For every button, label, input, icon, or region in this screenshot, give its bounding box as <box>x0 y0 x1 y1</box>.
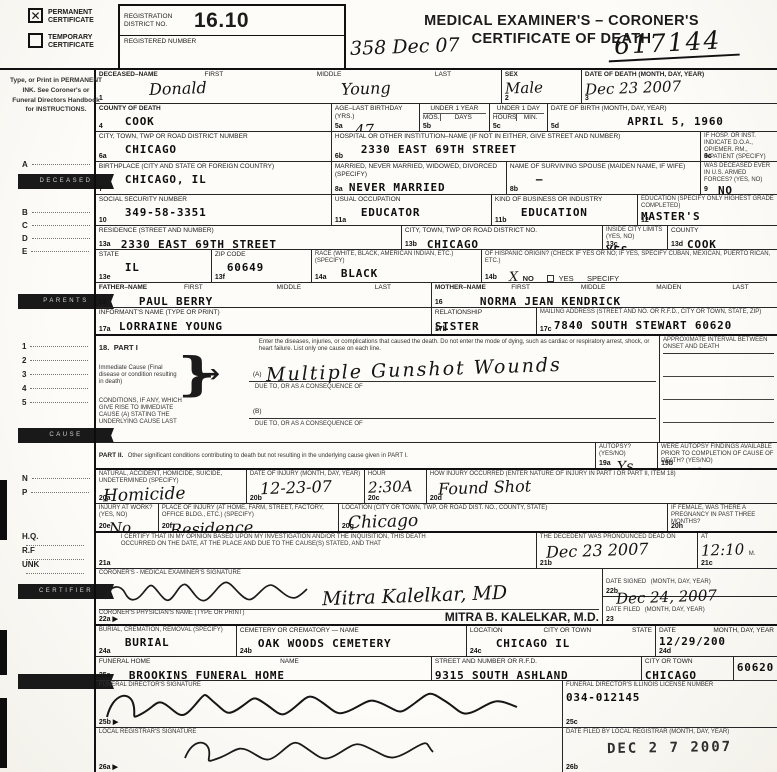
margin-number: 3 <box>22 370 88 379</box>
temporary-certificate-label: TEMPORARYCERTIFICATE <box>48 33 94 50</box>
age-value: 47 <box>355 120 375 131</box>
conditions-label: CONDITIONS, IF ANY, WHICH GIVE RISE TO I… <box>99 398 194 426</box>
funeral-director-signature-squiggle <box>99 689 529 725</box>
field-place-of-injury: PLACE OF INJURY (AT HOME, FARM, STREET, … <box>158 504 338 531</box>
deceased-first-name-value: Donald <box>149 78 207 99</box>
field-surviving-spouse: NAME OF SURVIVING SPOUSE (MAIDEN NAME, I… <box>506 162 700 194</box>
coroner-signature-squiggle <box>99 577 314 607</box>
field-inside-city-limits: INSIDE CITY LIMITS (YES, NO) YES 13c <box>602 226 667 249</box>
field-birthplace: BIRTHPLACE (CITY AND STATE OR FOREIGN CO… <box>96 162 331 194</box>
field-pregnancy: IF FEMALE, WAS THERE A PREGNANCY IN PAST… <box>667 504 777 531</box>
informant-value: LORRAINE YOUNG <box>119 320 223 333</box>
field-funeral-director-signature: FUNERAL DIRECTOR'S SIGNATURE 25b ▶ <box>96 681 562 727</box>
field-part2: PART II. Other significant conditions co… <box>96 443 595 468</box>
pronounced-hour-value: 12:10 <box>701 540 745 559</box>
field-relationship: RELATIONSHIP SISTER 17b <box>431 308 536 334</box>
field-injury-at-work: INJURY AT WORK? (YES, NO) No 20e <box>96 504 158 531</box>
field-cemetery: CEMETERY OR CREMATORY — NAME OAK WOODS C… <box>236 626 466 656</box>
coroner-signature-name: Mitra Kalelkar, MD <box>322 582 508 610</box>
field-residence-county: COUNTY COOK 13d <box>667 226 777 249</box>
residence-city-value: CHICAGO <box>427 238 479 249</box>
interval-column: APPROXIMATE INTERVAL BETWEEN ONSET AND D… <box>659 336 777 442</box>
margin-letter: N <box>22 474 90 483</box>
field-under-1-year: UNDER 1 YEAR MOS.DAYS 5b <box>419 104 489 131</box>
interval-label: APPROXIMATE INTERVAL BETWEEN ONSET AND D… <box>663 337 774 354</box>
field-hour-of-injury: HOUR 2:30A 20c <box>364 470 426 503</box>
disposition-value: BURIAL <box>125 636 233 649</box>
funeral-home-value: BROOKINS FUNERAL HOME <box>129 669 285 680</box>
field-education: EDUCATION (SPECIFY ONLY HIGHEST GRADE CO… <box>637 195 777 225</box>
field-funeral-home-street: STREET AND NUMBER OR R.F.D. 9315 SOUTH A… <box>431 657 641 680</box>
hispanic-yes-checkbox <box>547 275 554 282</box>
part2-text: Other significant conditions contributin… <box>128 453 408 459</box>
field-autopsy-findings: WERE AUTOPSY FINDINGS AVAILABLE PRIOR TO… <box>657 443 777 468</box>
registered-number-handwritten: 358 Dec 07 <box>350 34 460 60</box>
field-date-filed: DATE FILED (MONTH, DAY, YEAR) 23 <box>603 597 777 624</box>
field-sex: SEX Male 2 <box>501 70 581 103</box>
field-father-name: FATHER–NAME FIRSTMIDDLELAST PAUL BERRY 1… <box>96 283 431 307</box>
field-doa: IF HOSP. OR INST. INDICATE D.O.A., OP/EM… <box>700 132 777 161</box>
field-injury-location: LOCATION (CITY OR TOWN, TWP, OR ROAD DIS… <box>338 504 667 531</box>
field-label: DECEASED–NAME <box>99 71 158 79</box>
date-filed-stamp: DEC 2 7 2007 <box>607 739 732 757</box>
manner-value: Homicide <box>103 484 186 504</box>
mother-name-value: NORMA JEAN KENDRICK <box>480 295 621 307</box>
field-disposition: BURIAL, CREMATION, REMOVAL (SPECIFY) BUR… <box>96 626 236 656</box>
registration-district-value: 16.10 <box>194 9 249 33</box>
certificate-type-checkboxes: ✕ PERMANENTCERTIFICATE TEMPORARYCERTIFIC… <box>0 4 118 68</box>
field-race: RACE (WHITE, BLACK, AMERICAN INDIAN, ETC… <box>311 250 481 282</box>
pronounced-dead-value: Dec 23 2007 <box>546 539 649 562</box>
coroner-printed-name: MITRA B. KALELKAR, M.D. <box>445 610 599 624</box>
armed-forces-value: NO <box>718 184 774 194</box>
injury-at-work-value: No <box>109 519 132 532</box>
field-funeral-director-license: FUNERAL DIRECTOR'S ILLINOIS LICENSE NUMB… <box>562 681 777 727</box>
field-registrar-signature: LOCAL REGISTRAR'S SIGNATURE 26a ▶ <box>96 728 562 772</box>
sex-value: Male <box>505 78 544 97</box>
funeral-director-license-value: 034-012145 <box>566 691 774 704</box>
cemetery-value: OAK WOODS CEMETERY <box>258 637 463 650</box>
disposition-location-value: CHICAGO IL <box>496 637 652 650</box>
residence-street-value: 2330 EAST 69TH STREET <box>121 238 277 249</box>
field-occupation: USUAL OCCUPATION EDUCATOR 11a <box>331 195 491 225</box>
ssn-value: 349-58-3351 <box>125 206 328 219</box>
field-disposition-date: DATEMONTH, DAY, YEAR 12/29/200 24d <box>655 626 777 656</box>
disposition-date-value: 12/29/200 <box>659 635 774 648</box>
arrow-icon: ➔ <box>202 364 220 386</box>
funeral-home-zip-value: 60620 <box>737 661 774 674</box>
birthplace-value: CHICAGO, IL <box>125 173 328 186</box>
field-pronounced-dead: THE DECEDENT WAS PRONOUNCED DEAD ON Dec … <box>536 533 697 568</box>
registrar-signature-squiggle <box>179 736 439 766</box>
marital-status-value: NEVER MARRIED <box>349 181 503 194</box>
cause-left-rail: 18. PART I Immediate Cause (Final diseas… <box>96 336 246 442</box>
field-autopsy: AUTOPSY? (YES/NO) Ys 19a <box>595 443 657 468</box>
surviving-spouse-value: – <box>536 173 697 186</box>
margin-letter: A <box>22 160 90 169</box>
margin-number: 2 <box>22 356 88 365</box>
field-date-signed: DATE SIGNED (MONTH, DAY, YEAR) Dec 24, 2… <box>603 569 777 597</box>
left-margin-column: Type, or Print in PERMANENT INK. See Cor… <box>0 70 96 772</box>
field-residence-city: CITY, TOWN, TWP OR ROAD DISTRICT NO. CHI… <box>401 226 602 249</box>
field-mailing-address: MAILING ADDRESS (STREET AND NO. OR R.F.D… <box>536 308 777 334</box>
field-ssn: SOCIAL SECURITY NUMBER 349-58-3351 10 <box>96 195 331 225</box>
field-date-of-birth: DATE OF BIRTH (MONTH, DAY, YEAR) APRIL 5… <box>547 104 777 131</box>
field-zip: ZIP CODE 60649 13f <box>211 250 311 282</box>
mailing-address-value: 7840 SOUTH STEWART 60620 <box>554 319 732 332</box>
date-of-birth-value: APRIL 5, 1960 <box>577 115 774 128</box>
field-disposition-location: LOCATIONCITY OR TOWNSTATE CHICAGO IL 24c <box>466 626 655 656</box>
hospital-value: 2330 EAST 69TH STREET <box>361 143 697 156</box>
field-pronounced-hour: AT 12:10 M. 21c <box>697 533 777 568</box>
race-value: BLACK <box>341 267 478 280</box>
residence-county-value: COOK <box>687 238 717 249</box>
field-registrar-date-filed: DATE FILED BY LOCAL REGISTRAR (MONTH, DA… <box>562 728 777 772</box>
education-value: MASTER'S <box>641 210 774 223</box>
place-of-injury-value: Residence <box>170 518 254 532</box>
coroner-name-label: CORONER'S PHYSICIAN'S NAME (Type or Prin… <box>99 610 245 624</box>
field-hispanic-origin: OF HISPANIC ORIGIN? (CHECK IF YES OR NO;… <box>481 250 777 282</box>
city-town-value: CHICAGO <box>125 143 328 156</box>
field-county-of-death: COUNTY OF DEATH COOK 4 <box>96 104 331 131</box>
funeral-home-street-value: 9315 SOUTH ASHLAND <box>435 669 569 680</box>
field-certification: I CERTIFY THAT IN MY OPINION BASED UPON … <box>96 533 536 568</box>
margin-letter: D <box>22 234 90 243</box>
field-deceased-name: DECEASED–NAME FIRSTMIDDLELAST Donald You… <box>96 70 501 103</box>
margin-instructions: Type, or Print in PERMANENT INK. See Cor… <box>10 76 102 115</box>
field-age: AGE–LAST BIRTHDAY (YRS.) 47 5a <box>331 104 419 131</box>
temporary-certificate-checkbox <box>28 33 43 48</box>
father-name-value: PAUL BERRY <box>139 295 213 307</box>
margin-letter: E <box>22 247 89 256</box>
part1-instructions: Enter the diseases, injuries, or complic… <box>259 339 656 353</box>
hispanic-no-mark: X <box>509 270 519 282</box>
margin-number: 1 <box>22 342 88 351</box>
margin-letter: B <box>22 208 90 217</box>
immediate-cause-label: Immediate Cause (Final disease or condit… <box>99 365 177 386</box>
field-how-injury-occurred: HOW INJURY OCCURRED (ENTER NATURE OF INJ… <box>426 470 777 503</box>
industry-value: EDUCATION <box>521 206 634 219</box>
field-city-town: CITY, TOWN, TWP OR ROAD DISTRICT NUMBER … <box>96 132 331 161</box>
how-injury-value: Found Shot <box>438 477 532 499</box>
hour-value: 2:30A <box>368 477 413 497</box>
cause-a-value: Multiple Gunshot Wounds <box>266 354 562 386</box>
date-of-injury-value: 12-23-07 <box>260 477 333 498</box>
field-marital-status: MARRIED, NEVER MARRIED, WIDOWED, DIVORCE… <box>331 162 506 194</box>
field-under-1-day: UNDER 1 DAY HOURSMIN. 5c <box>489 104 547 131</box>
date-of-death-value: Dec 23 2007 <box>585 77 682 98</box>
deceased-last-name-value: Young <box>341 78 391 99</box>
margin-number: 4 <box>22 384 88 393</box>
field-hospital: HOSPITAL OR OTHER INSTITUTION–NAME (IF N… <box>331 132 700 161</box>
death-certificate-scan: ✕ PERMANENTCERTIFICATE TEMPORARYCERTIFIC… <box>0 0 777 772</box>
scan-edge-mark <box>0 630 7 675</box>
field-coroner-signature: CORONER'S - MEDICAL EXAMINER'S SIGNATURE… <box>96 569 602 624</box>
scan-edge-mark <box>0 480 7 540</box>
field-industry: KIND OF BUSINESS OR INDUSTRY EDUCATION 1… <box>491 195 637 225</box>
permanent-certificate-label: PERMANENTCERTIFICATE <box>48 8 94 25</box>
field-funeral-home: FUNERAL HOMENAME BROOKINS FUNERAL HOME 2… <box>96 657 431 680</box>
occupation-value: EDUCATOR <box>361 206 488 219</box>
registration-district-label: REGISTRATION DISTRICT NO. <box>124 13 194 29</box>
registered-number-label: REGISTERED NUMBER <box>120 36 344 64</box>
margin-number: 5 <box>22 398 88 407</box>
state-value: IL <box>125 261 208 274</box>
autopsy-value: Ys <box>617 459 634 469</box>
field-state: STATE IL 13e <box>96 250 211 282</box>
margin-letter: P <box>22 488 89 497</box>
field-mother-name: MOTHER–NAME FIRSTMIDDLEMAIDENLAST NORMA … <box>431 283 777 307</box>
field-funeral-home-zip: 60620 <box>733 657 777 680</box>
field-date-of-injury: DATE OF INJURY (MONTH, DAY, YEAR) 12-23-… <box>246 470 364 503</box>
field-informant: INFORMANT'S NAME (TYPE OR PRINT) LORRAIN… <box>96 308 431 334</box>
field-residence-street: RESIDENCE (STREET AND NUMBER) 2330 EAST … <box>96 226 401 249</box>
county-of-death-value: COOK <box>125 115 328 128</box>
funeral-home-city-value: CHICAGO <box>645 669 697 680</box>
cause-lines: Enter the diseases, injuries, or complic… <box>246 336 659 442</box>
margin-letter: C <box>22 221 90 230</box>
injury-location-value: Chicago <box>348 511 419 531</box>
field-date-of-death: DATE OF DEATH (MONTH, DAY, YEAR) Dec 23 … <box>581 70 777 103</box>
field-funeral-home-city: CITY OR TOWN CHICAGO <box>641 657 733 680</box>
registration-district-box: REGISTRATION DISTRICT NO. 16.10 REGISTER… <box>118 4 346 68</box>
permanent-certificate-checkbox: ✕ <box>28 8 43 23</box>
field-armed-forces: WAS DECEASED EVER IN U.S. ARMED FORCES? … <box>700 162 777 194</box>
margin-letter: UNK <box>22 560 94 578</box>
zip-value: 60649 <box>227 261 308 274</box>
scan-edge-mark <box>0 698 7 768</box>
certification-text: I CERTIFY THAT IN MY OPINION BASED UPON … <box>121 534 451 548</box>
field-manner-of-death: NATURAL, ACCIDENT, HOMICIDE, SUICIDE, UN… <box>96 470 246 503</box>
